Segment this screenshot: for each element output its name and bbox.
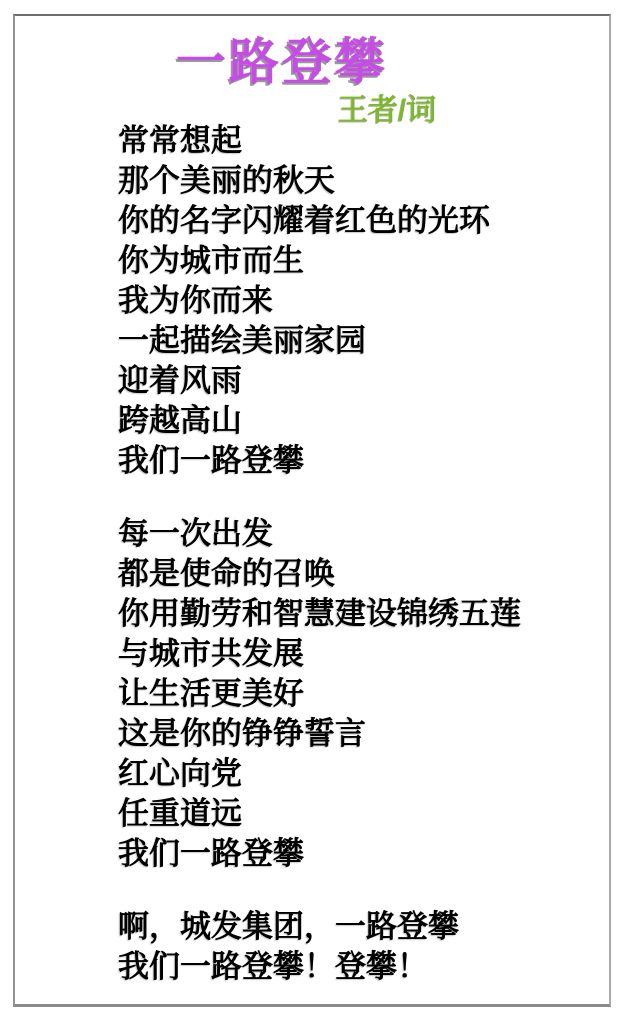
lyric-line: 都是使命的召唤 [118,554,521,594]
lyric-line: 你的名字闪耀着红色的光环 [118,201,521,241]
lyric-line: 我们一路登攀 [118,834,521,874]
lyric-line: 一起描绘美丽家园 [118,321,521,361]
lyric-line: 与城市共发展 [118,634,521,674]
lyric-line: 迎着风雨 [118,361,521,401]
lyric-line: 每一次出发 [118,514,521,554]
lyrics-body: 常常想起那个美丽的秋天你的名字闪耀着红色的光环你为城市而生我为你而来一起描绘美丽… [118,121,521,987]
stanza: 常常想起那个美丽的秋天你的名字闪耀着红色的光环你为城市而生我为你而来一起描绘美丽… [118,121,521,481]
stanza: 每一次出发都是使命的召唤你用勤劳和智慧建设锦绣五莲与城市共发展让生活更美好这是你… [118,514,521,874]
lyric-line: 我为你而来 [118,281,521,321]
lyric-line: 啊，城发集团，一路登攀 [118,907,521,947]
lyric-line: 常常想起 [118,121,521,161]
lyric-line: 那个美丽的秋天 [118,161,521,201]
lyric-line: 这是你的铮铮誓言 [118,714,521,754]
page-title: 一路登攀 [176,22,388,94]
lyric-line: 跨越高山 [118,401,521,441]
lyric-line: 红心向党 [118,754,521,794]
lyric-line: 我们一路登攀！登攀！ [118,947,521,987]
lyric-line: 你用勤劳和智慧建设锦绣五莲 [118,594,521,634]
lyric-line: 任重道远 [118,794,521,834]
lyric-line: 你为城市而生 [118,241,521,281]
lyric-line: 我们一路登攀 [118,441,521,481]
lyric-line: 让生活更美好 [118,674,521,714]
stanza: 啊，城发集团，一路登攀我们一路登攀！登攀！ [118,907,521,987]
